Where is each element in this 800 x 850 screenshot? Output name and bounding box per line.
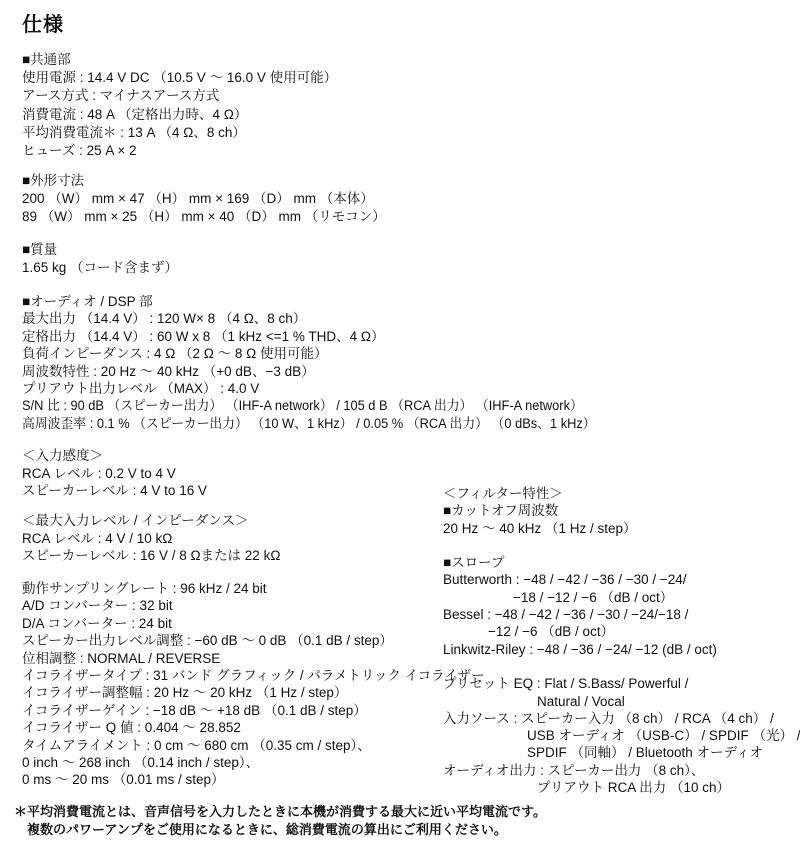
footnote-line-1: ＊平均消費電流とは、音声信号を入力したときに本機が消費する最大に近い平均電流です… xyxy=(14,803,546,821)
section-dsp-settings: 動作サンプリングレート : 96 kHz / 24 bit A/D コンバーター… xyxy=(22,580,485,789)
spec-line-load-impedance: 負荷インピーダンス : 4 Ω （2 Ω ～ 8 Ω 使用可能） xyxy=(22,345,626,362)
spec-line-current-draw: 消費電流 : 48 A （定格出力時、4 Ω） xyxy=(22,106,337,124)
spec-line-phase-adjust: 位相調整 : NORMAL / REVERSE xyxy=(22,650,485,667)
spec-line-fuse: ヒューズ : 25 A × 2 xyxy=(22,142,337,160)
spec-line-rated-output: 定格出力 （14.4 V） : 60 W x 8 （1 kHz <=1 % TH… xyxy=(22,328,626,345)
section-heading-input-sensitivity: ＜入力感度＞ xyxy=(22,447,207,465)
spec-line-max-rca-level: RCA レベル : 4 V / 10 kΩ xyxy=(22,530,280,548)
spec-line-power-supply: 使用電源 : 14.4 V DC （10.5 V ～ 16.0 V 使用可能） xyxy=(22,69,337,87)
page-title: 仕様 xyxy=(22,8,64,37)
section-heading-filter: ＜フィルター特性＞ xyxy=(443,485,800,502)
section-heading-cutoff: ■カットオフ周波数 xyxy=(443,502,800,519)
spec-line-dim-remote: 89 （W） mm × 25 （H） mm × 40 （D） mm （リモコン） xyxy=(22,208,386,226)
spec-line-eq-type: イコライザータイプ : 31 バンド グラフィック / パラメトリック イコライ… xyxy=(22,667,485,684)
section-heading-weight: ■質量 xyxy=(22,241,178,259)
spec-document-page: 仕様 ■共通部 使用電源 : 14.4 V DC （10.5 V ～ 16.0 … xyxy=(0,0,800,850)
spec-line-input-source-cont1: USB オーディオ （USB-C） / SPDIF （光） / xyxy=(443,727,800,744)
spec-line-sampling-rate: 動作サンプリングレート : 96 kHz / 24 bit xyxy=(22,580,485,597)
spec-line-frequency-response: 周波数特性 : 20 Hz ～ 40 kHz （+0 dB、−3 dB） xyxy=(22,363,626,380)
spec-line-audio-output: オーディオ出力 : スピーカー出力 （8 ch）、 xyxy=(443,762,800,779)
section-heading-slope: ■スロープ xyxy=(443,554,800,571)
spec-line-preout-level: プリアウト出力レベル （MAX） : 4.0 V xyxy=(22,380,626,397)
spec-line-speaker-level: スピーカーレベル : 4 V to 16 V xyxy=(22,482,207,500)
spec-line-time-alignment-cm: タイムアライメント : 0 cm ～ 680 cm （0.35 cm / ste… xyxy=(22,737,485,754)
spec-line-slope-butterworth: Butterworth : −48 / −42 / −36 / −30 / −2… xyxy=(443,571,800,588)
spec-line-input-source: 入力ソース : スピーカー入力 （8 ch） / RCA （4 ch） / xyxy=(443,710,800,727)
spec-line-preset-eq: プリセット EQ : Flat / S.Bass/ Powerful / xyxy=(443,675,800,692)
spec-line-audio-output-cont: プリアウト RCA 出力 （10 ch） xyxy=(443,779,800,796)
section-heading-common: ■共通部 xyxy=(22,51,337,69)
spec-line-eq-gain: イコライザーゲイン : −18 dB ～ +18 dB （0.1 dB / st… xyxy=(22,702,485,719)
spec-line-speaker-output-level: スピーカー出力レベル調整 : −60 dB ～ 0 dB （0.1 dB / s… xyxy=(22,632,485,649)
section-heading-dimensions: ■外形寸法 xyxy=(22,172,386,190)
spec-line-preset-eq-cont: Natural / Vocal xyxy=(443,693,800,710)
spec-line-slope-butterworth-cont: −18 / −12 / −6 （dB / oct） xyxy=(443,589,800,606)
section-weight: ■質量 1.65 kg （コード含まず） xyxy=(22,241,178,277)
section-filter: ＜フィルター特性＞ ■カットオフ周波数 20 Hz ～ 40 kHz （1 Hz… xyxy=(443,485,800,796)
section-heading-max-input: ＜最大入力レベル / インピーダンス＞ xyxy=(22,512,280,530)
spec-line-da-converter: D/A コンバーター : 24 bit xyxy=(22,615,485,632)
spec-line-time-alignment-inch: 0 inch ～ 268 inch （0.14 inch / step）、 xyxy=(22,754,485,771)
section-input-sensitivity: ＜入力感度＞ RCA レベル : 0.2 V to 4 V スピーカーレベル :… xyxy=(22,447,207,500)
spec-line-ad-converter: A/D コンバーター : 32 bit xyxy=(22,597,485,614)
spec-line-ground-type: アース方式 : マイナスアース方式 xyxy=(22,87,337,105)
spec-line-sn-ratio: S/N 比 : 90 dB （スピーカー出力） （IHF-A network） … xyxy=(22,397,596,414)
spec-line-eq-range: イコライザー調整幅 : 20 Hz ～ 20 kHz （1 Hz / step） xyxy=(22,684,485,701)
section-max-input: ＜最大入力レベル / インピーダンス＞ RCA レベル : 4 V / 10 k… xyxy=(22,512,280,565)
spec-line-max-speaker-level: スピーカーレベル : 16 V / 8 Ωまたは 22 kΩ xyxy=(22,547,280,565)
spec-line-weight: 1.65 kg （コード含まず） xyxy=(22,259,178,277)
spec-line-eq-q: イコライザー Q 値 : 0.404 ～ 28.852 xyxy=(22,719,485,736)
spec-line-slope-bessel-cont: −12 / −6 （dB / oct） xyxy=(443,623,800,640)
spec-line-slope-linkwitz-riley: Linkwitz-Riley : −48 / −36 / −24/ −12 (d… xyxy=(443,641,800,658)
spec-line-time-alignment-ms: 0 ms ～ 20 ms （0.01 ms / step） xyxy=(22,771,485,788)
spec-line-input-source-cont2: SPDIF （同軸） / Bluetooth オーディオ xyxy=(443,744,800,761)
section-common: ■共通部 使用電源 : 14.4 V DC （10.5 V ～ 16.0 V 使… xyxy=(22,51,337,160)
spec-line-slope-bessel: Bessel : −48 / −42 / −36 / −30 / −24/−18… xyxy=(443,606,800,623)
spec-line-cutoff-frequency: 20 Hz ～ 40 kHz （1 Hz / step） xyxy=(443,520,800,537)
section-footnote: ＊平均消費電流とは、音声信号を入力したときに本機が消費する最大に近い平均電流です… xyxy=(14,803,546,839)
section-audio-dsp: ■オーディオ / DSP 部 最大出力 （14.4 V） : 120 W× 8 … xyxy=(22,293,626,432)
section-heading-audio-dsp: ■オーディオ / DSP 部 xyxy=(22,293,626,310)
section-dimensions: ■外形寸法 200 （W） mm × 47 （H） mm × 169 （D） m… xyxy=(22,172,386,227)
spec-line-dim-main-unit: 200 （W） mm × 47 （H） mm × 169 （D） mm （本体） xyxy=(22,190,386,208)
blank-line xyxy=(443,537,800,554)
spec-line-max-output: 最大出力 （14.4 V） : 120 W× 8 （4 Ω、8 ch） xyxy=(22,310,626,327)
spec-line-avg-current: 平均消費電流＊ : 13 A （4 Ω、8 ch） xyxy=(22,124,337,142)
spec-line-rca-level: RCA レベル : 0.2 V to 4 V xyxy=(22,465,207,483)
blank-line xyxy=(443,658,800,675)
spec-line-distortion: 高周波歪率 : 0.1 % （スピーカー出力） （10 W、1 kHz） / 0… xyxy=(22,415,596,432)
footnote-line-2: 複数のパワーアンプをご使用になるときに、総消費電流の算出にご利用ください。 xyxy=(14,821,546,839)
